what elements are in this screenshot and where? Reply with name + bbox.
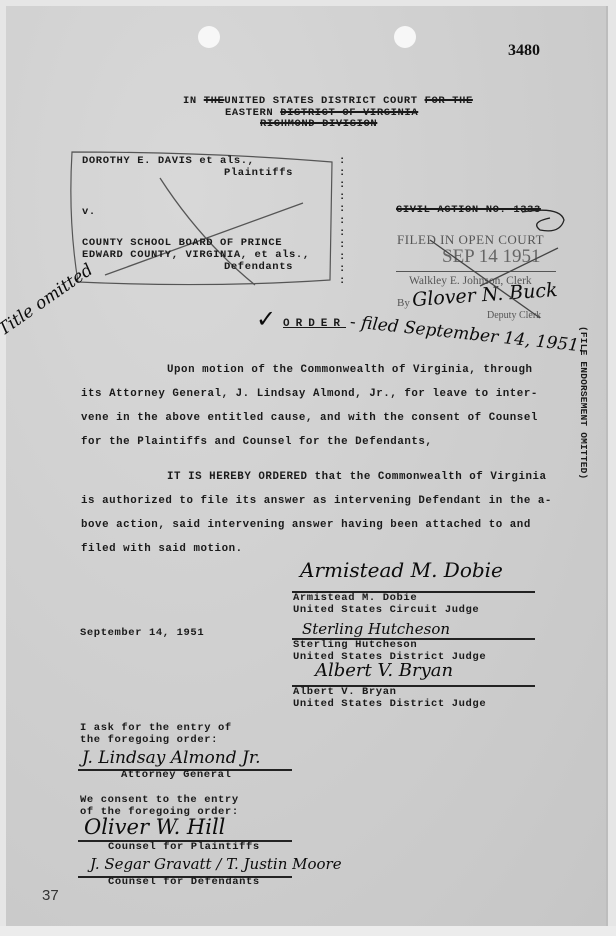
attorney-general-role: Attorney General <box>121 769 231 781</box>
defendants-counsel-role: Counsel for Defendants <box>108 876 260 888</box>
attorney-general-signature: J. Lindsay Almond Jr. <box>82 748 261 768</box>
caption-colon-column: : : : : : : : : : : : <box>339 155 346 287</box>
heading-prefix: IN <box>183 95 197 107</box>
request-line1: I ask for the entry of <box>80 722 232 734</box>
filed-stamp-cross-out <box>420 218 570 338</box>
judge-signature-bryan: Albert V. Bryan <box>315 660 453 681</box>
judge-name-hutcheson: Sterling Hutcheson <box>293 639 417 651</box>
paragraph1-line1: Upon motion of the Commonwealth of Virgi… <box>167 364 533 376</box>
paragraph2-line1: IT IS HEREBY ORDERED that the Commonweal… <box>167 471 547 483</box>
caption-defendant-role: Defendants <box>224 261 293 273</box>
date-line: September 14, 1951 <box>80 627 204 639</box>
request-line2: the foregoing order: <box>80 734 218 746</box>
paragraph1-line4: for the Plaintiffs and Counsel for the D… <box>81 436 432 448</box>
judge-title-dobie: United States Circuit Judge <box>293 604 479 616</box>
paragraph2-line3: bove action, said intervening answer hav… <box>81 519 531 531</box>
page-stamp-number: 3480 <box>508 42 540 60</box>
page-footer-number: 37 <box>42 887 59 904</box>
heading-struck-for-the: FOR THE <box>425 95 473 107</box>
judge-signature-hutcheson: Sterling Hutcheson <box>302 620 450 638</box>
heading-main: UNITED STATES DISTRICT COURT <box>224 95 417 107</box>
caption-versus: v. <box>82 206 96 218</box>
judge-signature-dobie: Armistead M. Dobie <box>300 558 503 582</box>
order-title: ORDER <box>283 318 346 330</box>
check-mark: ✓ <box>256 305 276 333</box>
caption-defendant-line1: COUNTY SCHOOL BOARD OF PRINCE <box>82 237 282 249</box>
caption-plaintiff-role: Plaintiffs <box>224 167 293 179</box>
judge-title-bryan: United States District Judge <box>293 698 486 710</box>
plaintiffs-counsel-signature: Oliver W. Hill <box>84 815 225 839</box>
court-heading-line3: RICHMOND DIVISION <box>260 118 377 130</box>
consent-line1: We consent to the entry <box>80 794 239 806</box>
punch-hole-left <box>198 26 220 48</box>
court-heading-line1: IN THEUNITED STATES DISTRICT COURT FOR T… <box>183 95 473 107</box>
paragraph1-line3: vene in the above entitled cause, and wi… <box>81 412 538 424</box>
filed-stamp-by: By <box>397 297 410 309</box>
caption-defendant-line2: EDWARD COUNTY, VIRGINIA, et als., <box>82 249 310 261</box>
judge-name-dobie: Armistead M. Dobie <box>293 592 417 604</box>
judge-name-bryan: Albert V. Bryan <box>293 686 397 698</box>
paragraph2-line2: is authorized to file its answer as inte… <box>81 495 552 507</box>
paragraph2-line4: filed with said motion. <box>81 543 243 555</box>
plaintiffs-counsel-role: Counsel for Plaintiffs <box>108 841 260 853</box>
punch-hole-right <box>394 26 416 48</box>
caption-plaintiff: DOROTHY E. DAVIS et als., <box>82 155 255 167</box>
defendants-counsel-signature: J. Segar Gravatt / T. Justin Moore <box>90 855 342 873</box>
paragraph1-line2: its Attorney General, J. Lindsay Almond,… <box>81 388 538 400</box>
heading-struck-the: THE <box>204 95 225 107</box>
scan-border <box>0 926 616 936</box>
